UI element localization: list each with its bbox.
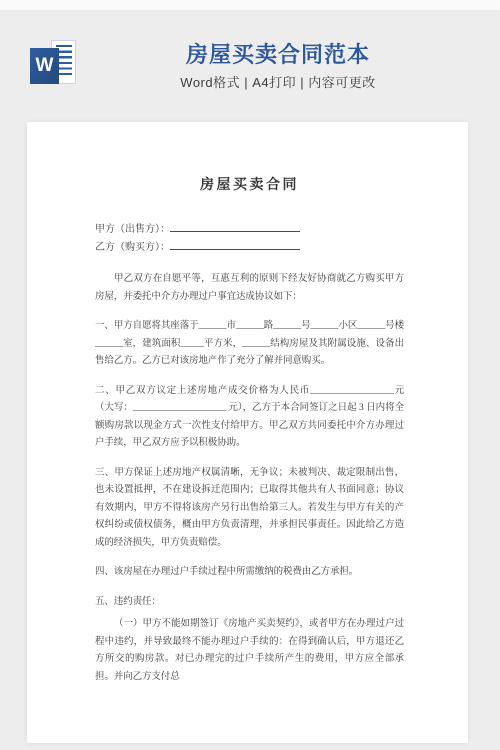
page-header: W 房屋买卖合同范本 Word格式 | A4打印 | 内容可更改 xyxy=(0,0,500,122)
page-subtitle: Word格式 | A4打印 | 内容可更改 xyxy=(60,75,496,91)
contract-clause-3: 三、甲方保证上述房地产权属清晰，无争议；未被判决、裁定限制出售，也未设置抵押，不… xyxy=(95,465,404,553)
page-title: 房屋买卖合同范本 xyxy=(60,42,496,68)
header-text-block: 房屋买卖合同范本 Word格式 | A4打印 | 内容可更改 xyxy=(60,42,496,91)
contract-clause-2: 二、甲乙双方议定上述房地产成交价格为人民币__________________元… xyxy=(95,383,404,453)
contract-clause-1: 一、甲方自愿将其座落于______市______路______号______小区… xyxy=(95,318,404,371)
contract-title: 房屋买卖合同 xyxy=(95,174,404,194)
contract-clause-5: 五、违约责任： xyxy=(95,594,404,612)
party-block: 甲方（出售方）： 乙方（购买方）： xyxy=(95,221,404,257)
party-a-label: 甲方（出售方）： xyxy=(95,224,170,235)
contract-body: 甲乙双方在自愿平等，互惠互利的原则下经友好协商就乙方购买甲方房屋，并委托中介方办… xyxy=(95,271,404,686)
contract-clause-5-item-1: （一）甲方不能如期签订《房地产买卖契约》，或者甲方在办理过户过程中违约，并导致最… xyxy=(95,616,404,686)
word-icon-letter: W xyxy=(30,48,59,84)
party-a-row: 甲方（出售方）： xyxy=(95,221,404,239)
party-b-blank xyxy=(170,240,300,250)
party-b-row: 乙方（购买方）： xyxy=(95,239,404,257)
party-a-blank xyxy=(170,222,300,232)
document-preview-page: 房屋买卖合同 甲方（出售方）： 乙方（购买方）： 甲乙双方在自愿平等，互惠互利的… xyxy=(27,122,468,743)
contract-clause-4: 四、该房屋在办理过户手续过程中所需缴纳的税费由乙方承担。 xyxy=(95,564,404,582)
party-b-label: 乙方（购买方）： xyxy=(95,242,170,253)
contract-intro: 甲乙双方在自愿平等，互惠互利的原则下经友好协商就乙方购买甲方房屋，并委托中介方办… xyxy=(95,271,404,306)
